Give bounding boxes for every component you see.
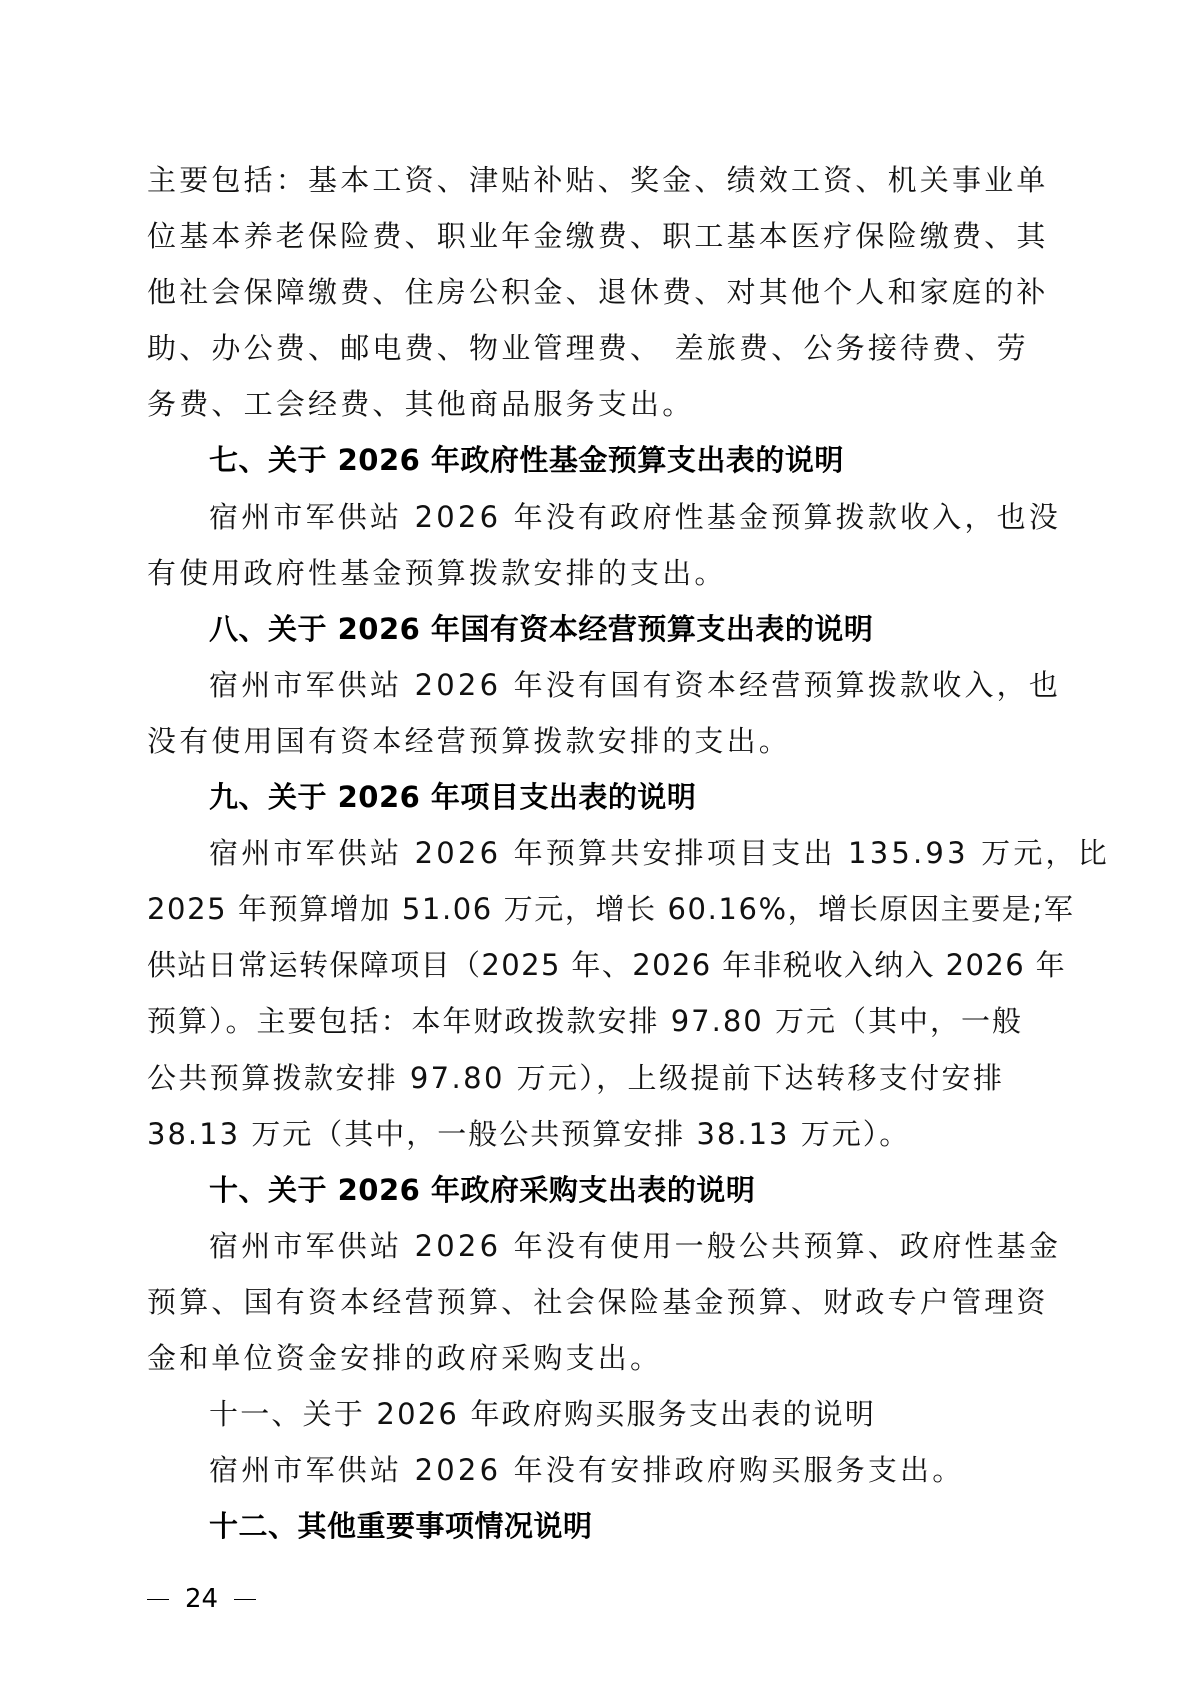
body-line: 公共预算拨款安排 97.80 万元），上级提前下达转移支付安排 <box>147 1050 1033 1106</box>
body-line: 宿州市军供站 2026 年没有国有资本经营预算拨款收入，也 <box>147 657 1033 713</box>
body-line: 没有使用国有资本经营预算拨款安排的支出。 <box>147 713 1033 769</box>
body-line: 主要包括：基本工资、津贴补贴、奖金、绩效工资、机关事业单 <box>147 152 1033 208</box>
body-line: 宿州市军供站 2026 年没有安排政府购买服务支出。 <box>147 1442 1033 1498</box>
body-line: 金和单位资金安排的政府采购支出。 <box>147 1330 1033 1386</box>
body-line: 38.13 万元（其中，一般公共预算安排 38.13 万元）。 <box>147 1106 1033 1162</box>
document-body: 主要包括：基本工资、津贴补贴、奖金、绩效工资、机关事业单 位基本养老保险费、职业… <box>147 152 1033 1554</box>
page-number: 24 <box>147 1584 272 1614</box>
section-heading-10: 十、关于 2026 年政府采购支出表的说明 <box>147 1162 1033 1218</box>
section-heading-7: 七、关于 2026 年政府性基金预算支出表的说明 <box>147 432 1033 488</box>
body-line: 有使用政府性基金预算拨款安排的支出。 <box>147 545 1033 601</box>
section-heading-9: 九、关于 2026 年项目支出表的说明 <box>147 769 1033 825</box>
body-line: 位基本养老保险费、职业年金缴费、职工基本医疗保险缴费、其 <box>147 208 1033 264</box>
body-line: 助、办公费、邮电费、物业管理费、 差旅费、公务接待费、劳 <box>147 320 1033 376</box>
body-line: 供站日常运转保障项目（2025 年、2026 年非税收入纳入 2026 年 <box>147 937 1033 993</box>
dash-left <box>147 1599 169 1601</box>
body-line: 预算、国有资本经营预算、社会保险基金预算、财政专户管理资 <box>147 1274 1033 1330</box>
section-heading-8: 八、关于 2026 年国有资本经营预算支出表的说明 <box>147 601 1033 657</box>
section-heading-12: 十二、其他重要事项情况说明 <box>147 1498 1033 1554</box>
section-heading-11: 十一、关于 2026 年政府购买服务支出表的说明 <box>147 1386 1033 1442</box>
document-page: 主要包括：基本工资、津贴补贴、奖金、绩效工资、机关事业单 位基本养老保险费、职业… <box>0 0 1190 1683</box>
page-number-value: 24 <box>185 1584 218 1614</box>
dash-right <box>234 1599 256 1601</box>
body-line: 2025 年预算增加 51.06 万元，增长 60.16%，增长原因主要是;军 <box>147 881 1033 937</box>
body-line: 他社会保障缴费、住房公积金、退休费、对其他个人和家庭的补 <box>147 264 1033 320</box>
body-line: 宿州市军供站 2026 年预算共安排项目支出 135.93 万元，比 <box>147 825 1033 881</box>
body-line: 务费、工会经费、其他商品服务支出。 <box>147 376 1033 432</box>
body-line: 宿州市军供站 2026 年没有政府性基金预算拨款收入，也没 <box>147 489 1033 545</box>
body-line: 宿州市军供站 2026 年没有使用一般公共预算、政府性基金 <box>147 1218 1033 1274</box>
body-line: 预算）。主要包括：本年财政拨款安排 97.80 万元（其中，一般 <box>147 993 1033 1049</box>
